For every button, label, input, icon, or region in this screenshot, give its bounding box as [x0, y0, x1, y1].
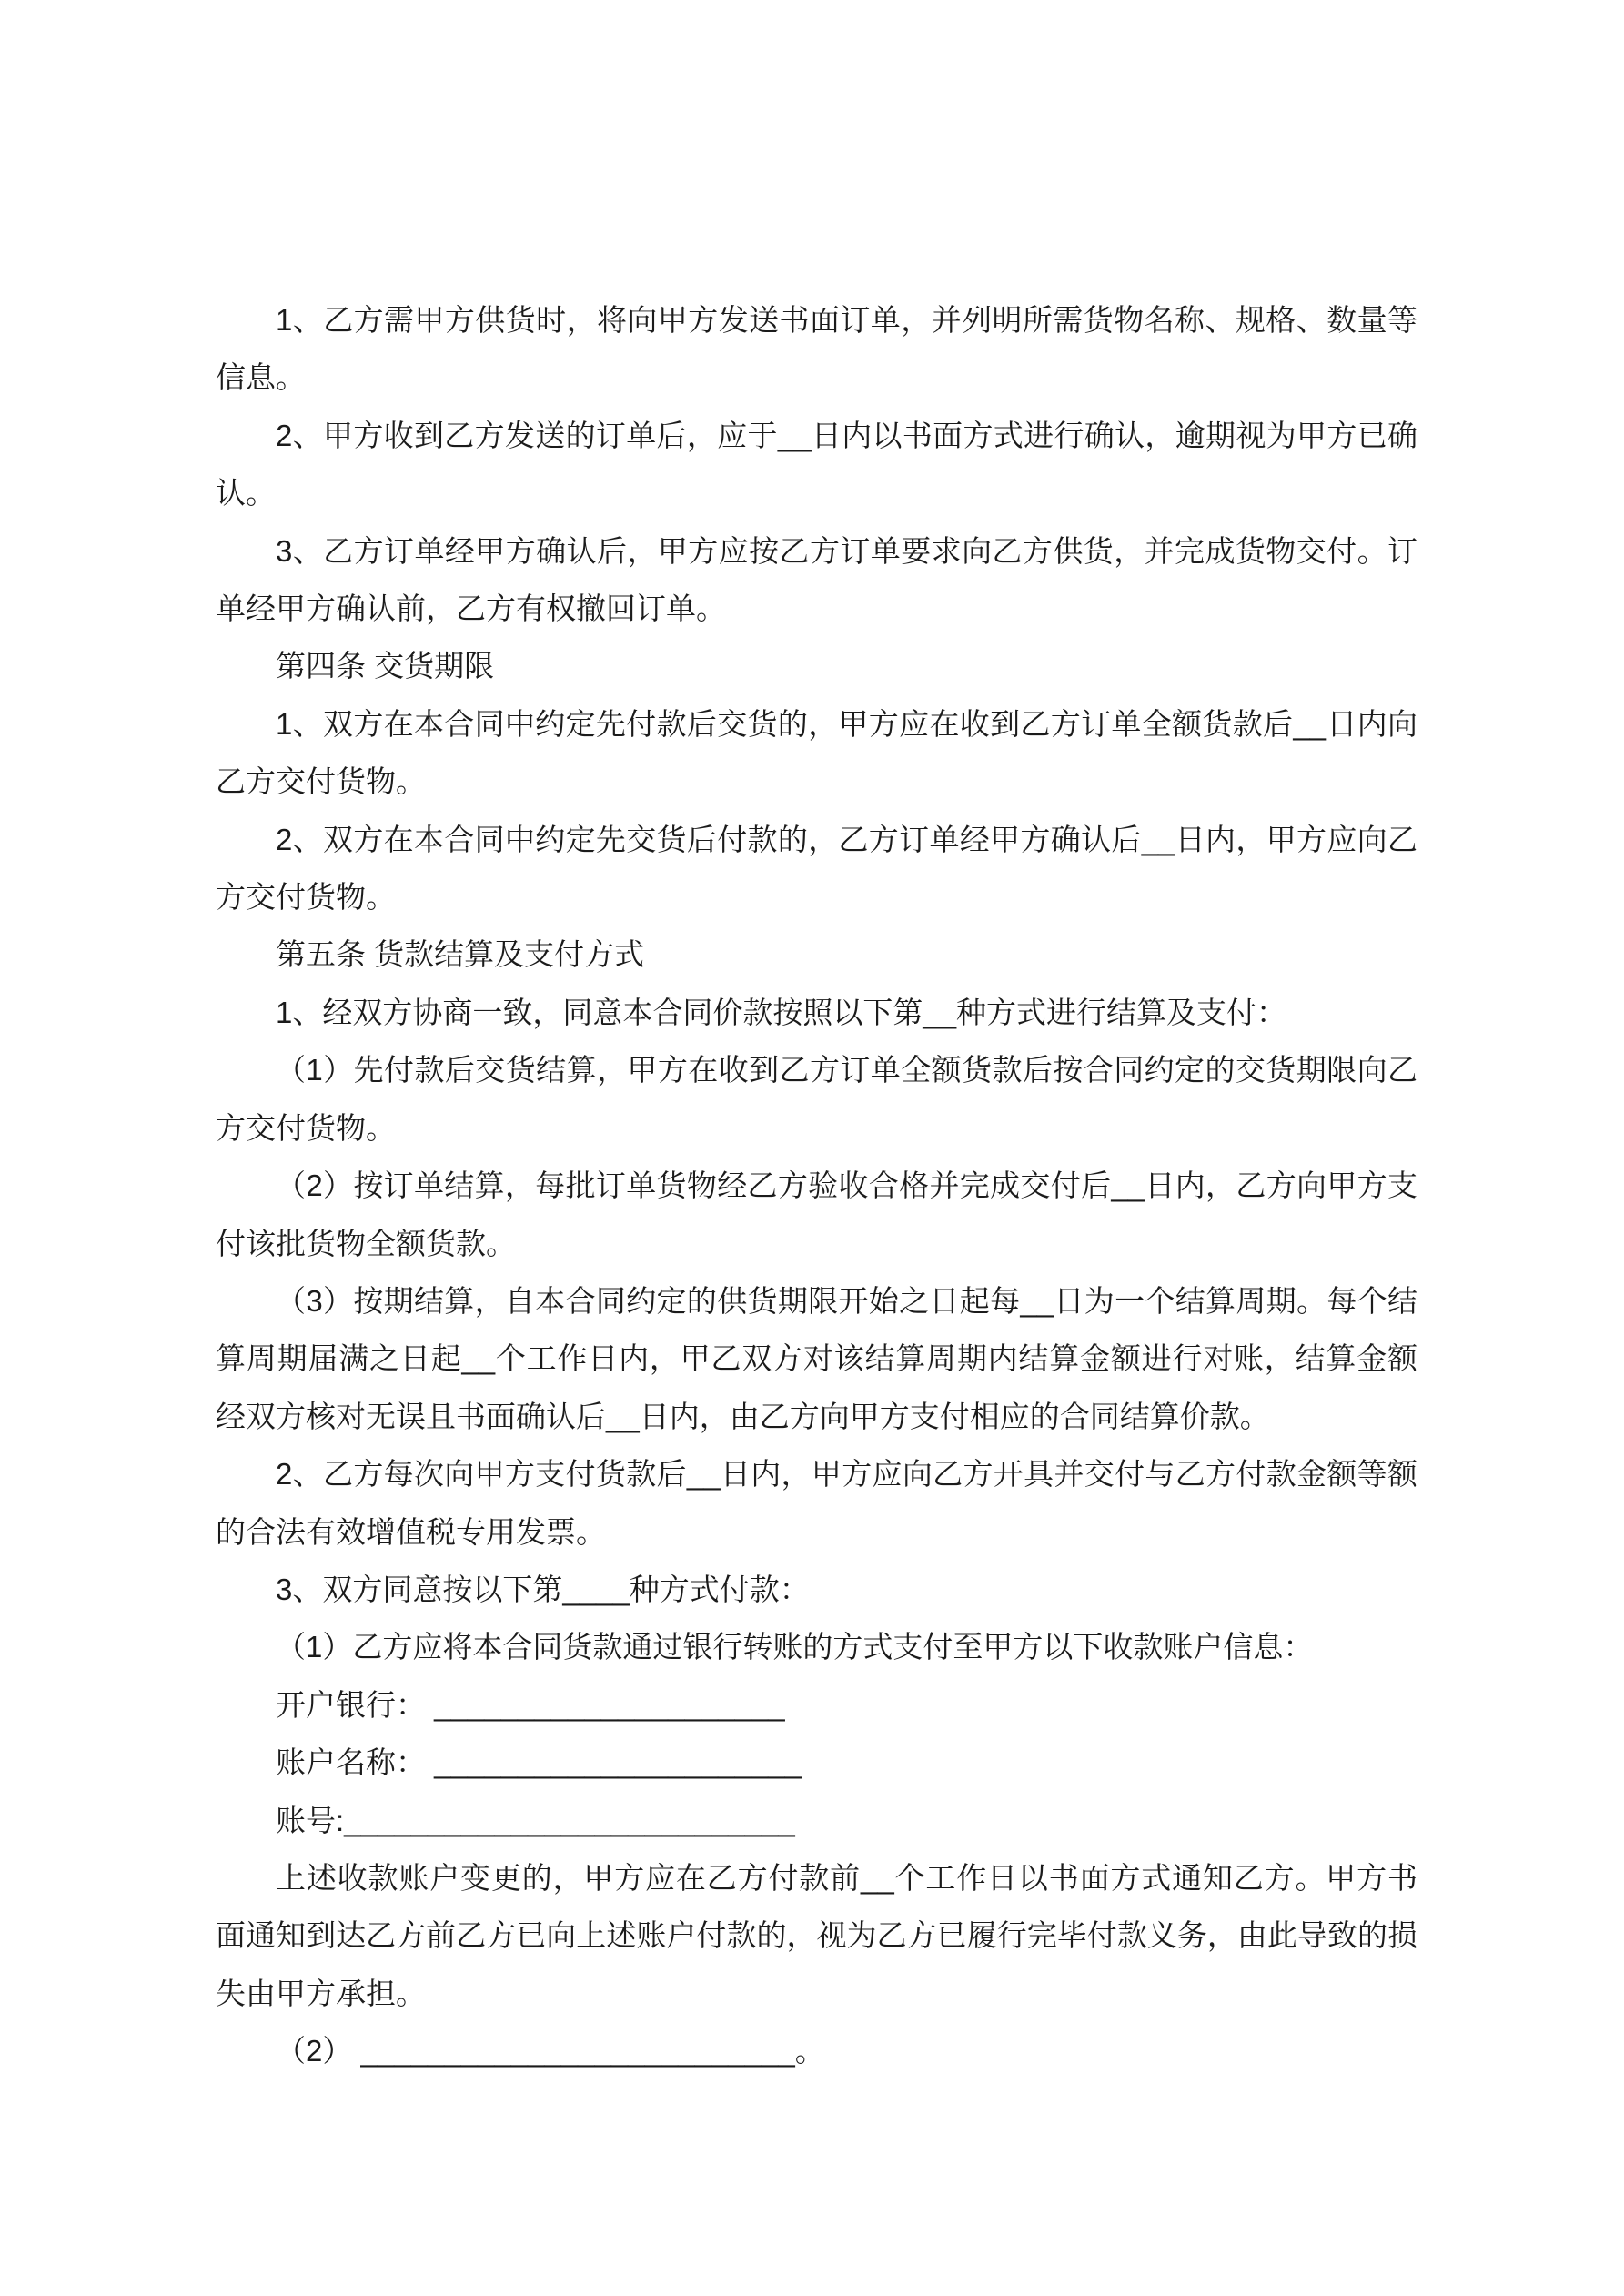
clause-bank-transfer: （1）乙方应将本合同货款通过银行转账的方式支付至甲方以下收款账户信息：	[216, 1618, 1417, 1675]
contract-document-page: 1、乙方需甲方供货时，将向甲方发送书面订单，并列明所需货物名称、规格、数量等信息…	[0, 0, 1624, 2296]
payment-option-2-blank: （2） __________________________。	[216, 2022, 1417, 2079]
field-bank-name: 开户银行： _____________________	[216, 1676, 1417, 1734]
clause-payment-method: 3、双方同意按以下第____种方式付款：	[216, 1561, 1417, 1618]
field-account-name: 账户名称： ______________________	[216, 1734, 1417, 1791]
clause-settlement-option-3: （3）按期结算，自本合同约定的供货期限开始之日起每__日为一个结算周期。每个结算…	[216, 1272, 1417, 1445]
clause-order-confirmation: 2、甲方收到乙方发送的订单后，应于__日内以书面方式进行确认，逾期视为甲方已确认…	[216, 407, 1417, 522]
clause-order-request: 1、乙方需甲方供货时，将向甲方发送书面订单，并列明所需货物名称、规格、数量等信息…	[216, 291, 1417, 407]
clause-settlement-option-1: （1）先付款后交货结算，甲方在收到乙方订单全额货款后按合同约定的交货期限向乙方交…	[216, 1041, 1417, 1157]
clause-invoice: 2、乙方每次向甲方支付货款后__日内，甲方应向乙方开具并交付与乙方付款金额等额的…	[216, 1445, 1417, 1561]
field-account-number: 账号:___________________________	[216, 1792, 1417, 1849]
article-5-heading: 第五条 货款结算及支付方式	[216, 925, 1417, 983]
clause-payment-after-delivery: 2、双方在本合同中约定先交货后付款的，乙方订单经甲方确认后__日内，甲方应向乙方…	[216, 811, 1417, 926]
clause-settlement-method: 1、经双方协商一致，同意本合同价款按照以下第__种方式进行结算及支付：	[216, 984, 1417, 1041]
clause-settlement-option-2: （2）按订单结算，每批订单货物经乙方验收合格并完成交付后__日内，乙方向甲方支付…	[216, 1157, 1417, 1272]
clause-order-withdrawal: 3、乙方订单经甲方确认后，甲方应按乙方订单要求向乙方供货，并完成货物交付。订单经…	[216, 522, 1417, 638]
clause-account-change: 上述收款账户变更的，甲方应在乙方付款前__个工作日以书面方式通知乙方。甲方书面通…	[216, 1849, 1417, 2022]
document-body: 1、乙方需甲方供货时，将向甲方发送书面订单，并列明所需货物名称、规格、数量等信息…	[216, 291, 1417, 2080]
clause-delivery-after-payment: 1、双方在本合同中约定先付款后交货的，甲方应在收到乙方订单全额货款后__日内向乙…	[216, 695, 1417, 811]
article-4-heading: 第四条 交货期限	[216, 637, 1417, 694]
